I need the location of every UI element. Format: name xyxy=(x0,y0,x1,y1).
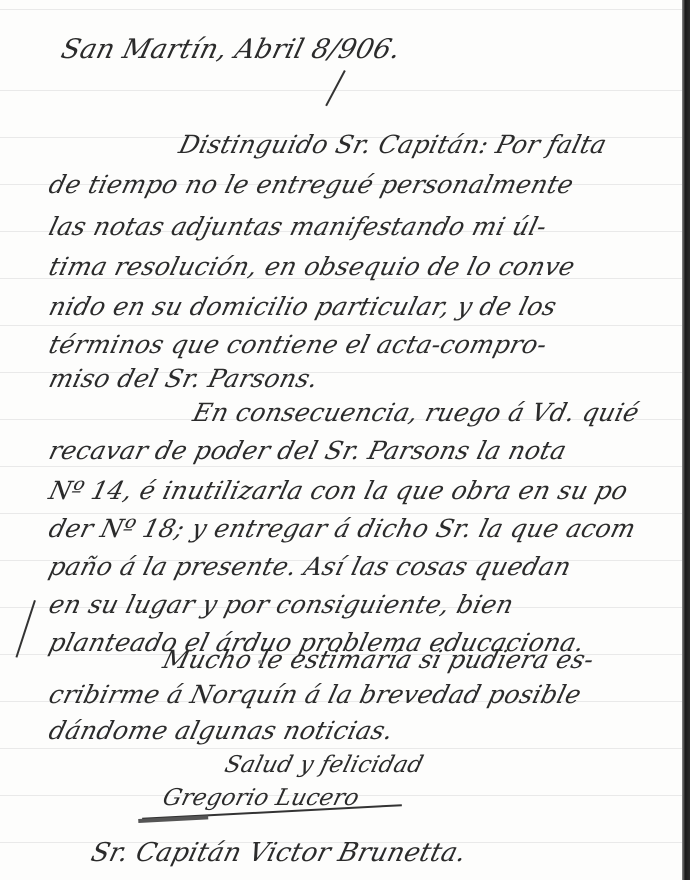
place-date: San Martín, Abril 8/906. xyxy=(58,34,404,65)
body-line-8: En consecuencia, ruego á Vd. quié xyxy=(190,398,642,427)
closing: Salud y felicidad xyxy=(222,752,426,778)
body-line-9: recavar de poder del Sr. Parsons la nota xyxy=(46,436,570,465)
body-line-13: en su lugar y por consiguiente, bien xyxy=(46,590,517,619)
body-line-5: nido en su domicilio particular, y de lo… xyxy=(46,292,560,321)
body-line-2: de tiempo no le entregué personalmente xyxy=(46,170,577,199)
body-line-7: miso del Sr. Parsons. xyxy=(46,364,321,393)
body-line-17: dándome algunas noticias. xyxy=(46,716,396,745)
body-line-6: términos que contiene el acta-compro- xyxy=(46,330,550,359)
body-line-4: tima resolución, en obsequio de lo conve xyxy=(46,252,578,281)
body-line-3: las notas adjuntas manifestando mi úl- xyxy=(46,212,550,241)
body-line-12: paño á la presente. Así las cosas quedan xyxy=(46,552,574,581)
body-line-1: Distinguido Sr. Capitán: Por falta xyxy=(176,130,610,159)
addressee: Sr. Capitán Victor Brunetta. xyxy=(88,838,469,868)
page-edge xyxy=(682,0,690,880)
body-line-10: Nº 14, é inutilizarla con la que obra en… xyxy=(46,476,631,505)
body-line-11: der Nº 18; y entregar á dicho Sr. la que… xyxy=(46,514,639,543)
body-line-16: cribirme á Norquín á la brevedad posible xyxy=(46,680,584,709)
ink-blot xyxy=(258,660,262,664)
body-line-15: Mucho le estimaría si pudiera es- xyxy=(160,645,597,674)
